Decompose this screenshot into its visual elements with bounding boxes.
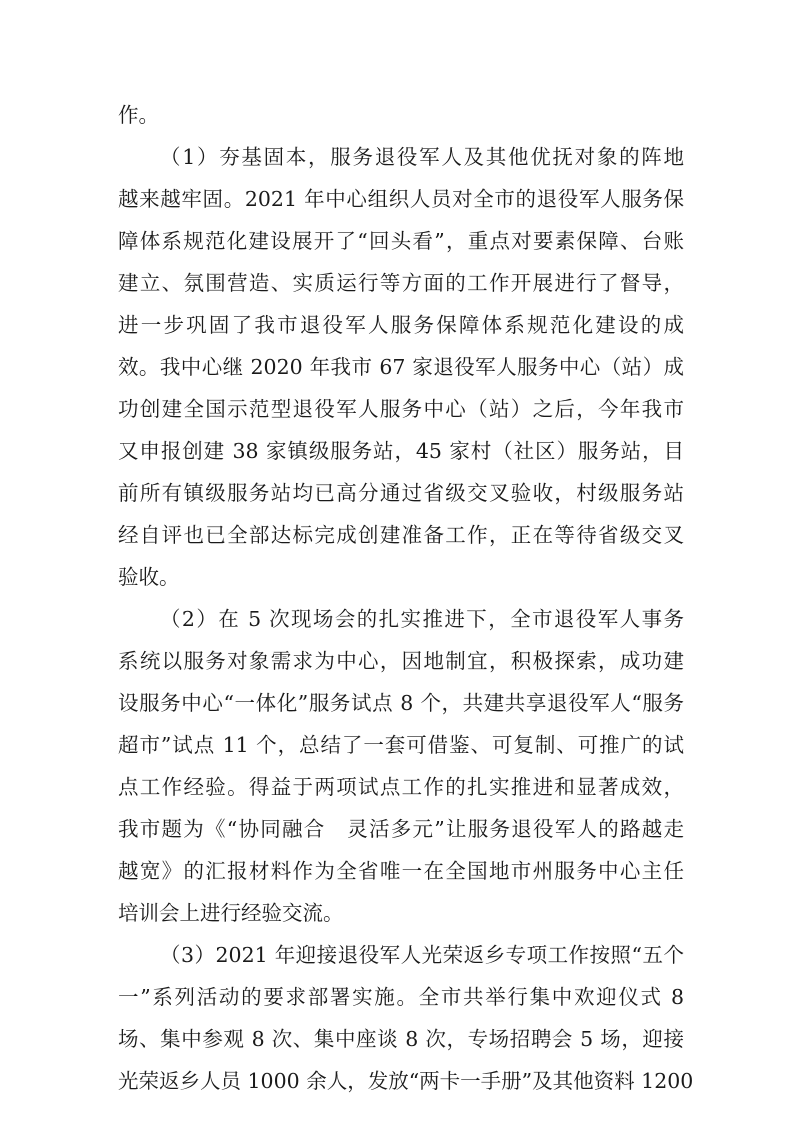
text-line: 进一步巩固了我市退役军人服务保障体系规范化建设的成 bbox=[118, 310, 684, 340]
text-line: 光荣返乡人员 1000 余人，发放“两卡一手册”及其他资料 1200 bbox=[118, 1066, 684, 1096]
text-line: 验收。 bbox=[118, 562, 684, 592]
text-line: 建立、氛围营造、实质运行等方面的工作开展进行了督导， bbox=[118, 268, 684, 298]
paragraph-1-start: （1）夯基固本，服务退役军人及其他优抚对象的阵地 bbox=[160, 142, 684, 172]
text-line: 越来越牢固。2021 年中心组织人员对全市的退役军人服务保 bbox=[118, 184, 684, 214]
text-line: 前所有镇级服务站均已高分通过省级交叉验收，村级服务站 bbox=[118, 478, 684, 508]
text-line: 障体系规范化建设展开了“回头看”，重点对要素保障、台账 bbox=[118, 226, 684, 256]
paragraph-3-start: （3）2021 年迎接退役军人光荣返乡专项工作按照“五个 bbox=[160, 940, 684, 970]
text-line: 越宽》的汇报材料作为全省唯一在全国地市州服务中心主任 bbox=[118, 856, 684, 886]
paragraph-2-start: （2）在 5 次现场会的扎实推进下，全市退役军人事务 bbox=[160, 604, 684, 634]
document-page: 作。 （1）夯基固本，服务退役军人及其他优抚对象的阵地 越来越牢固。2021 年… bbox=[0, 0, 793, 1122]
text-line: 场、集中参观 8 次、集中座谈 8 次，专场招聘会 5 场，迎接 bbox=[118, 1024, 684, 1054]
text-line: 又申报创建 38 家镇级服务站，45 家村（社区）服务站，目 bbox=[118, 436, 684, 466]
text-line: 超市”试点 11 个，总结了一套可借鉴、可复制、可推广的试 bbox=[118, 730, 684, 760]
text-line: 一”系列活动的要求部署实施。全市共举行集中欢迎仪式 8 bbox=[118, 982, 684, 1012]
text-line: 设服务中心“一体化”服务试点 8 个，共建共享退役军人“服务 bbox=[118, 688, 684, 718]
text-line: 我市题为《“协同融合 灵活多元”让服务退役军人的路越走 bbox=[118, 814, 684, 844]
text-line: 功创建全国示范型退役军人服务中心（站）之后，今年我市 bbox=[118, 394, 684, 424]
text-line: 系统以服务对象需求为中心，因地制宜，积极探索，成功建 bbox=[118, 646, 684, 676]
text-line: 点工作经验。得益于两项试点工作的扎实推进和显著成效， bbox=[118, 772, 684, 802]
text-line: 经自评也已全部达标完成创建准备工作，正在等待省级交叉 bbox=[118, 520, 684, 550]
text-line: 效。我中心继 2020 年我市 67 家退役军人服务中心（站）成 bbox=[118, 352, 684, 382]
text-line: 作。 bbox=[118, 100, 684, 130]
text-line: 培训会上进行经验交流。 bbox=[118, 898, 684, 928]
